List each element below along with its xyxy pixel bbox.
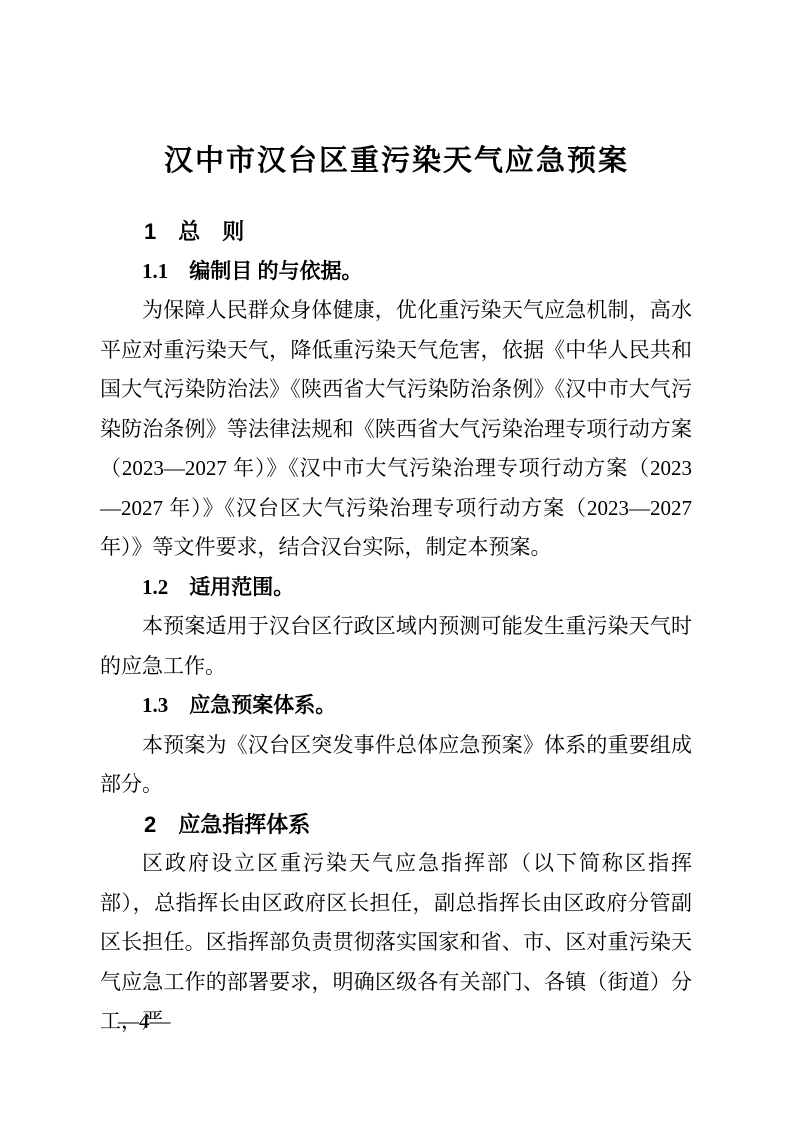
- paragraph-1-3-body: 本预案为《汉台区突发事件总体应急预案》体系的重要组成部分。: [100, 726, 692, 805]
- section-heading-1-general-provisions: 1 总 则: [100, 212, 692, 252]
- paragraph-1-2-body: 本预案适用于汉台区行政区域内预测可能发生重污染天气时的应急工作。: [100, 607, 692, 686]
- section-heading-2-command-system: 2 应急指挥体系: [100, 805, 692, 845]
- document-page: 汉中市汉台区重污染天气应急预案 1 总 则 1.1 编制目 的与依据。 为保障人…: [0, 0, 793, 1122]
- subsection-heading-1-3-plan-system: 1.3 应急预案体系。: [100, 686, 692, 726]
- page-number: —4—: [118, 1002, 171, 1042]
- document-title: 汉中市汉台区重污染天气应急预案: [0, 138, 793, 179]
- subsection-heading-1-1-purpose-basis: 1.1 编制目 的与依据。: [100, 252, 692, 292]
- subsection-heading-1-2-scope: 1.2 适用范围。: [100, 568, 692, 608]
- paragraph-1-1-body: 为保障人民群众身体健康，优化重污染天气应急机制，高水平应对重污染天气，降低重污染…: [100, 291, 692, 568]
- paragraph-2-body: 区政府设立区重污染天气应急指挥部（以下简称区指挥部），总指挥长由区政府区长担任，…: [100, 844, 692, 1042]
